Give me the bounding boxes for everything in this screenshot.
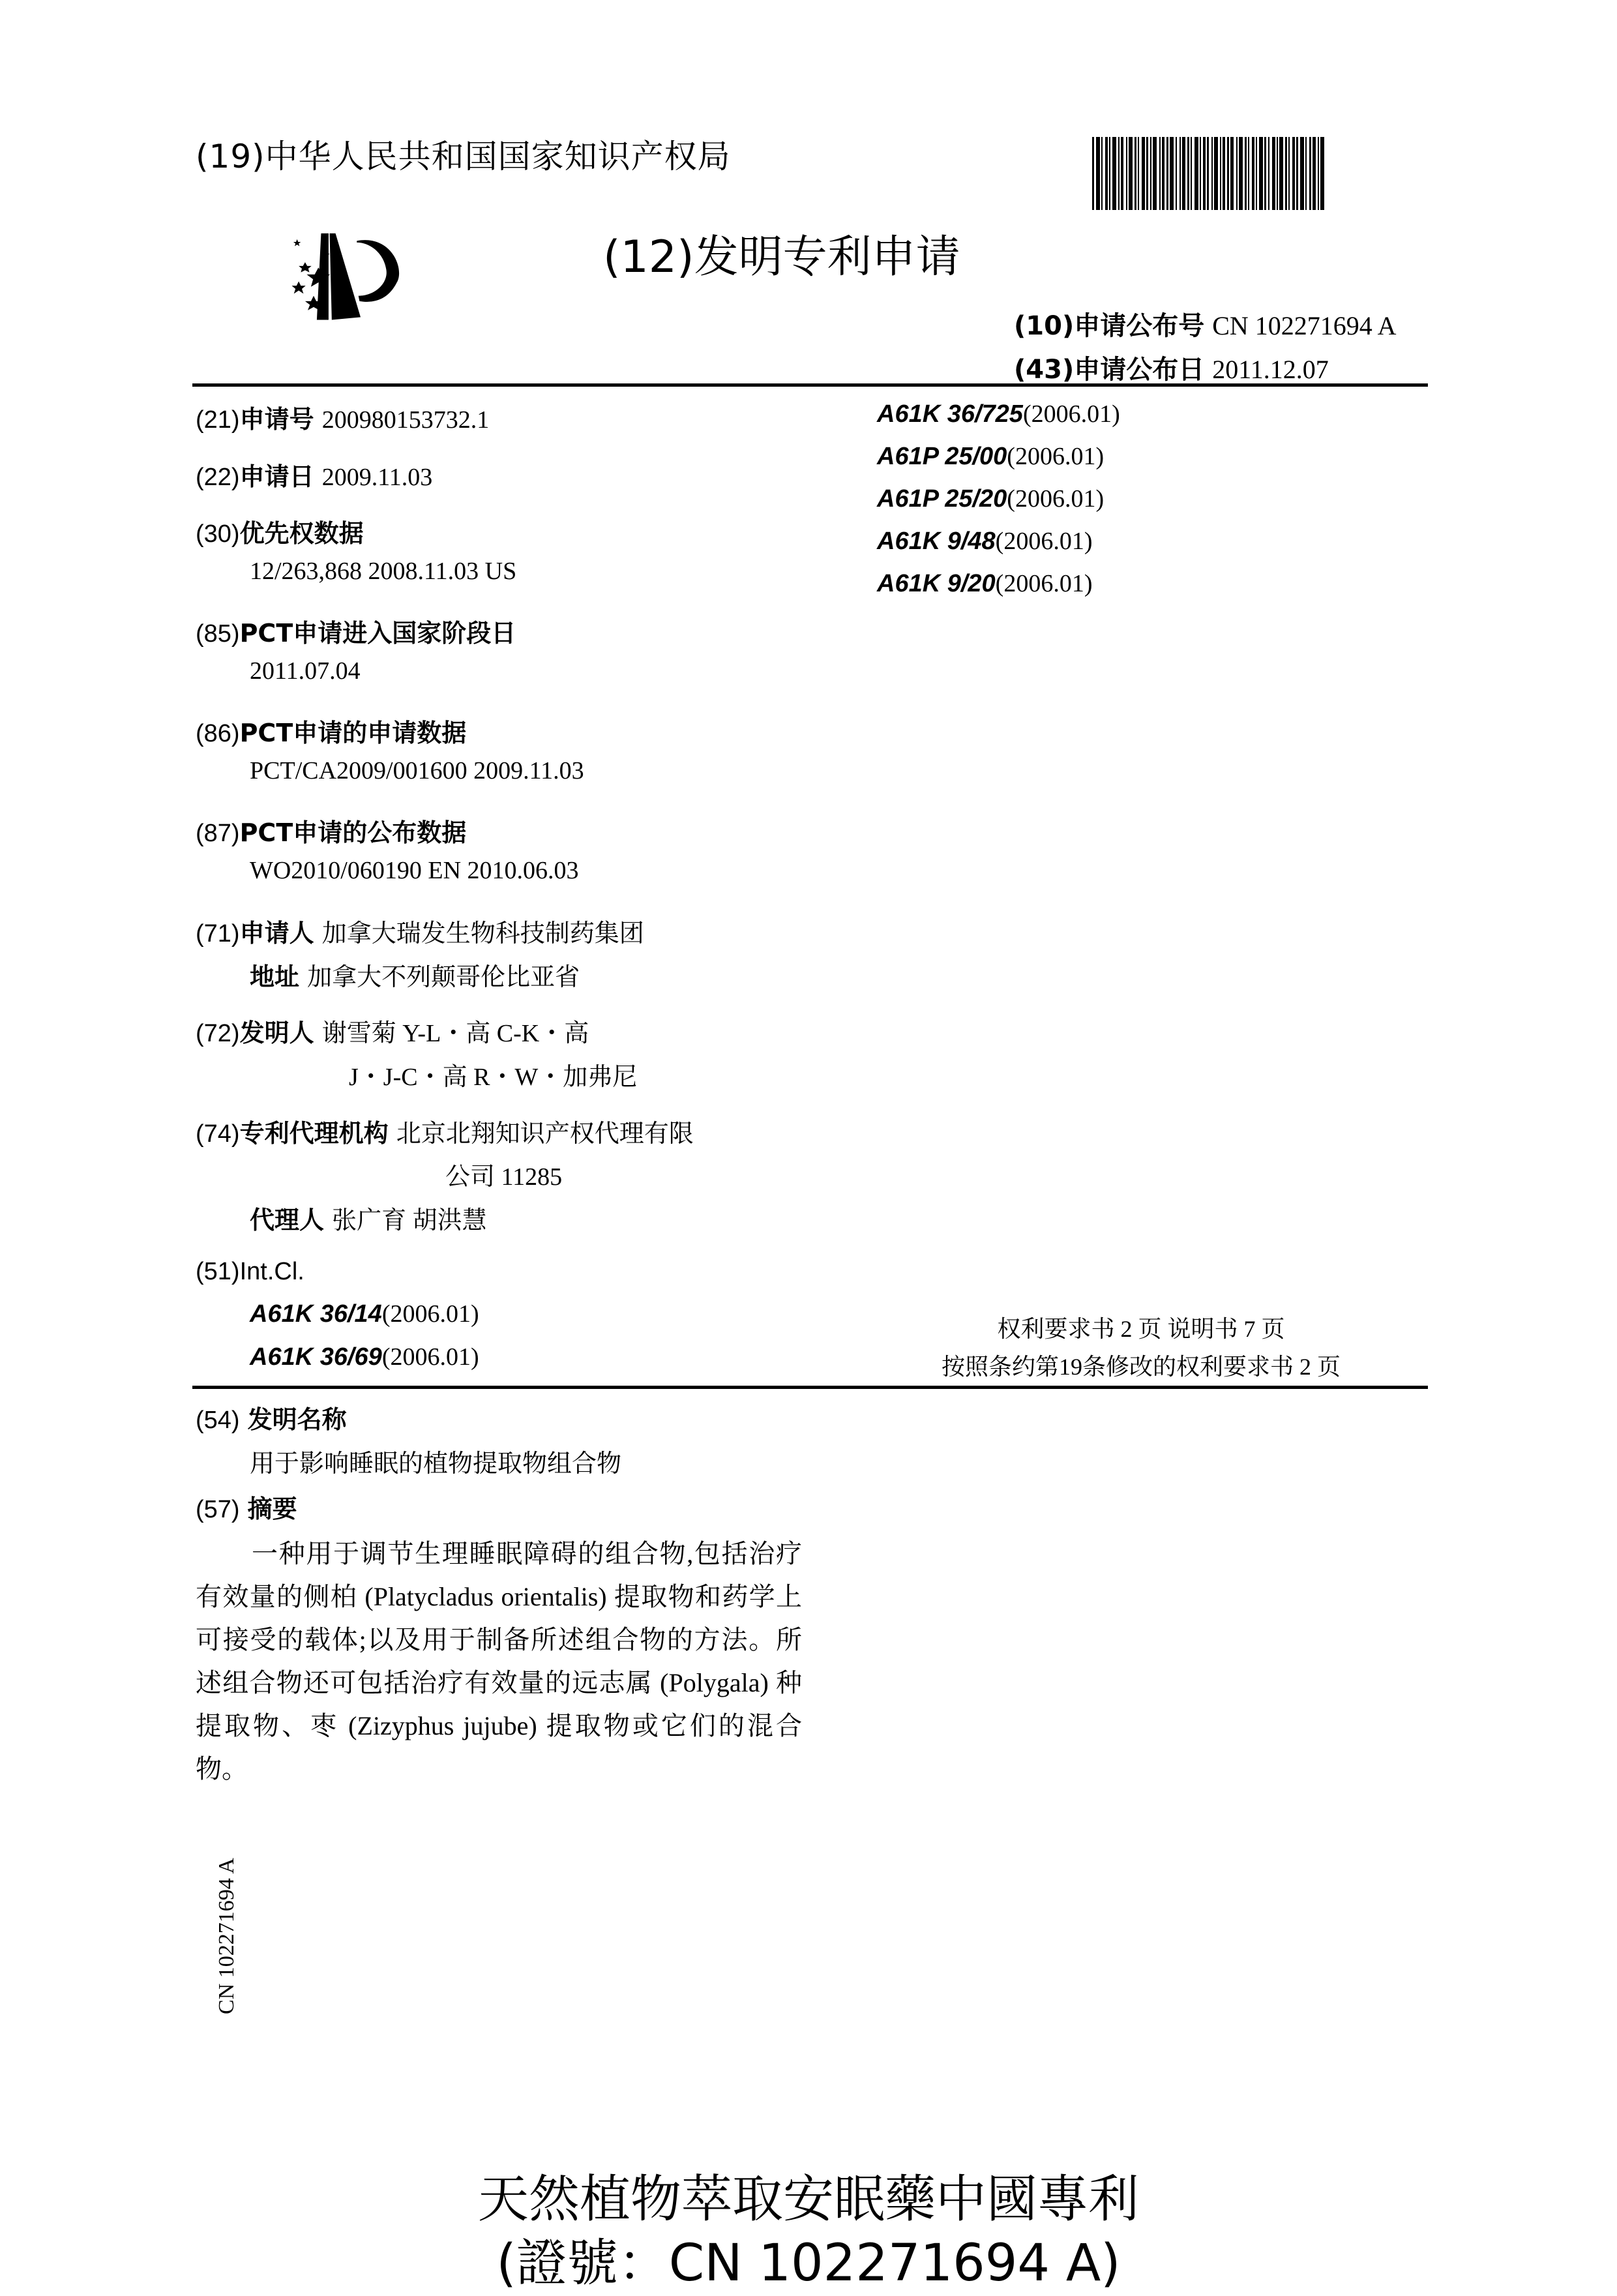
field-label: 专利代理机构 — [240, 1119, 389, 1148]
inventors-line-2: J・J-C・高 R・W・加弗尼 — [349, 1056, 637, 1092]
document-type-title: (12)发明专利申请 — [603, 222, 960, 285]
application-date: 2009.11.03 — [322, 464, 433, 491]
publication-date-label: (43)申请公布日 — [1014, 355, 1204, 385]
publication-date-row: (43)申请公布日2011.12.07 — [1014, 349, 1329, 386]
priority-data-value: 12/263,868 2008.11.03 US — [250, 557, 516, 586]
field-label: 摘要 — [248, 1495, 297, 1523]
int-cl-field: (51)Int.Cl. — [196, 1257, 304, 1286]
field-code: (54) — [196, 1407, 240, 1434]
agent-names: 张广育 胡洪慧 — [332, 1207, 487, 1234]
field-label: Int.Cl. — [240, 1258, 304, 1285]
page-count-line-1: 权利要求书 2 页 说明书 7 页 — [848, 1311, 1434, 1344]
classification-code: A61P 25/20 — [877, 485, 1007, 513]
agents-field: 代理人 张广育 胡洪慧 — [250, 1200, 487, 1236]
field-code: (51) — [196, 1258, 240, 1285]
int-cl-entry: A61K 9/48(2006.01) — [877, 526, 1092, 556]
field-code: (21) — [196, 406, 240, 434]
applicant-address: 加拿大不列颠哥伦比亚省 — [307, 964, 580, 991]
publication-date: 2011.12.07 — [1212, 355, 1329, 384]
applicant-field: (71)申请人 加拿大瑞发生物科技制药集团 — [196, 913, 644, 949]
classification-version: (2006.01) — [1023, 400, 1120, 428]
field-label: 发明人 — [240, 1019, 314, 1047]
agency-name-line-2: 公司 11285 — [445, 1156, 562, 1192]
field-code: (87) — [196, 820, 240, 847]
application-number: 200980153732.1 — [322, 406, 490, 434]
applicant-name: 加拿大瑞发生物科技制药集团 — [322, 920, 644, 947]
pct-publication-field: (87)PCT申请的公布数据 — [196, 813, 466, 848]
invention-title-field: (54) 发明名称 — [196, 1399, 347, 1435]
field-code: (30) — [196, 520, 240, 548]
field-code: (57) — [196, 1496, 240, 1523]
invention-title: 用于影响睡眠的植物提取物组合物 — [250, 1443, 621, 1479]
application-number-field: (21)申请号 200980153732.1 — [196, 399, 489, 435]
publication-number: CN 102271694 A — [1212, 311, 1396, 340]
field-label: PCT申请进入国家阶段日 — [240, 619, 516, 648]
classification-code: A61K 36/69 — [250, 1343, 382, 1371]
patent-office-name: (19)中华人民共和国国家知识产权局 — [196, 130, 731, 177]
classification-code: A61K 9/48 — [877, 528, 996, 555]
pct-publication-value: WO2010/060190 EN 2010.06.03 — [250, 856, 579, 885]
int-cl-entry: A61K 36/14(2006.01) — [250, 1300, 479, 1328]
field-label: PCT申请的申请数据 — [240, 719, 467, 747]
field-label: 申请号 — [240, 405, 314, 434]
page-count-line-2: 按照条约第19条修改的权利要求书 2 页 — [848, 1349, 1434, 1382]
pct-national-phase-date: 2011.07.04 — [250, 657, 361, 685]
address-field: 地址 加拿大不列颠哥伦比亚省 — [250, 957, 580, 992]
patent-agency-field: (74)专利代理机构 北京北翔知识产权代理有限 — [196, 1113, 694, 1149]
int-cl-entry: A61K 36/725(2006.01) — [877, 399, 1120, 428]
field-code: (22) — [196, 464, 240, 491]
classification-code: A61P 25/00 — [877, 443, 1007, 470]
barcode-icon — [1092, 137, 1425, 210]
footer-title: 天然植物萃取安眠藥中國專利 — [0, 2158, 1617, 2231]
field-label: 优先权数据 — [240, 519, 364, 548]
classification-version: (2006.01) — [996, 528, 1093, 555]
header-divider — [192, 383, 1428, 387]
field-label: 代理人 — [250, 1206, 324, 1234]
publication-number-label: (10)申请公布号 — [1014, 311, 1204, 341]
int-cl-entry: A61K 36/69(2006.01) — [250, 1343, 479, 1371]
classification-code: A61K 9/20 — [877, 570, 996, 597]
side-publication-number: CN 102271694 A — [215, 1819, 239, 2053]
field-code: (72) — [196, 1020, 240, 1047]
field-label: 申请人 — [240, 919, 314, 947]
classification-code: A61K 36/14 — [250, 1300, 382, 1328]
classification-version: (2006.01) — [996, 570, 1093, 597]
abstract-heading: (57) 摘要 — [196, 1489, 297, 1525]
inventors-field: (72)发明人 谢雪菊 Y-L・高 C-K・高 — [196, 1013, 589, 1049]
classification-version: (2006.01) — [1007, 443, 1104, 470]
publication-number-row: (10)申请公布号CN 102271694 A — [1014, 305, 1396, 342]
int-cl-entry: A61K 9/20(2006.01) — [877, 569, 1092, 598]
int-cl-entry: A61P 25/00(2006.01) — [877, 441, 1104, 471]
priority-data-field: (30)优先权数据 — [196, 513, 364, 549]
classification-code: A61K 36/725 — [877, 400, 1023, 428]
field-label: 地址 — [250, 962, 299, 991]
application-date-field: (22)申请日 2009.11.03 — [196, 456, 432, 492]
pct-application-field: (86)PCT申请的申请数据 — [196, 713, 466, 749]
classification-version: (2006.01) — [382, 1343, 479, 1371]
field-label: 申请日 — [240, 462, 314, 491]
field-code: (71) — [196, 920, 240, 947]
pct-application-value: PCT/CA2009/001600 2009.11.03 — [250, 756, 584, 785]
inventors-line-1: 谢雪菊 Y-L・高 C-K・高 — [322, 1020, 589, 1047]
classification-version: (2006.01) — [382, 1300, 479, 1328]
field-code: (86) — [196, 720, 240, 747]
section-divider — [192, 1386, 1428, 1389]
abstract-text: 一种用于调节生理睡眠障碍的组合物,包括治疗有效量的侧柏 (Platycladus… — [196, 1532, 802, 1791]
field-code: (85) — [196, 620, 240, 648]
field-label: 发明名称 — [248, 1405, 347, 1434]
agency-name-line-1: 北京北翔知识产权代理有限 — [396, 1120, 694, 1148]
field-label: PCT申请的公布数据 — [240, 818, 467, 847]
field-code: (74) — [196, 1120, 240, 1148]
footer-certificate-number: (證號：CN 102271694 A) — [0, 2222, 1617, 2295]
cnipa-logo-icon — [264, 218, 434, 336]
classification-version: (2006.01) — [1007, 485, 1104, 513]
int-cl-entry: A61P 25/20(2006.01) — [877, 484, 1104, 513]
pct-national-phase-field: (85)PCT申请进入国家阶段日 — [196, 613, 516, 649]
